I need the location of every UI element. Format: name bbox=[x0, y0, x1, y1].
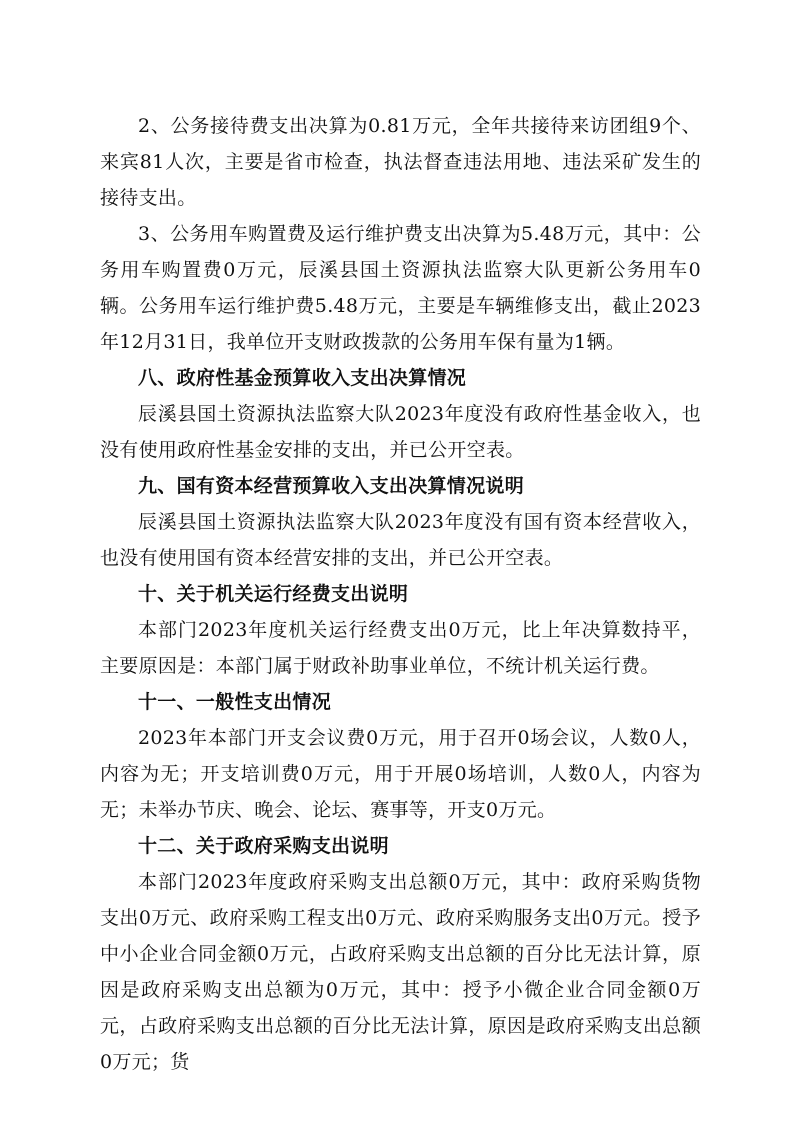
section-body-state-capital: 辰溪县国土资源执法监察大队2023年度没有国有资本经营收入，也没有使用国有资本经… bbox=[100, 504, 701, 576]
section-heading-general-expense: 十一、一般性支出情况 bbox=[100, 684, 701, 720]
section-body-government-fund: 辰溪县国土资源执法监察大队2023年度没有政府性基金收入，也没有使用政府性基金安… bbox=[100, 396, 701, 468]
document-page: 2、公务接待费支出决算为0.81万元，全年共接待来访团组9个、来宾81人次，主要… bbox=[100, 108, 701, 1080]
section-body-general-expense: 2023年本部门开支会议费0万元，用于召开0场会议，人数0人，内容为无；开支培训… bbox=[100, 720, 701, 828]
section-heading-state-capital: 九、国有资本经营预算收入支出决算情况说明 bbox=[100, 468, 701, 504]
section-body-operating-expense: 本部门2023年度机关运行经费支出0万元，比上年决算数持平，主要原因是：本部门属… bbox=[100, 612, 701, 684]
section-heading-government-fund: 八、政府性基金预算收入支出决算情况 bbox=[100, 360, 701, 396]
section-heading-procurement: 十二、关于政府采购支出说明 bbox=[100, 828, 701, 864]
section-body-procurement: 本部门2023年度政府采购支出总额0万元，其中：政府采购货物支出0万元、政府采购… bbox=[100, 864, 701, 1080]
paragraph-reception-expense: 2、公务接待费支出决算为0.81万元，全年共接待来访团组9个、来宾81人次，主要… bbox=[100, 108, 701, 216]
paragraph-vehicle-expense: 3、公务用车购置费及运行维护费支出决算为5.48万元，其中：公务用车购置费0万元… bbox=[100, 216, 701, 360]
section-heading-operating-expense: 十、关于机关运行经费支出说明 bbox=[100, 576, 701, 612]
